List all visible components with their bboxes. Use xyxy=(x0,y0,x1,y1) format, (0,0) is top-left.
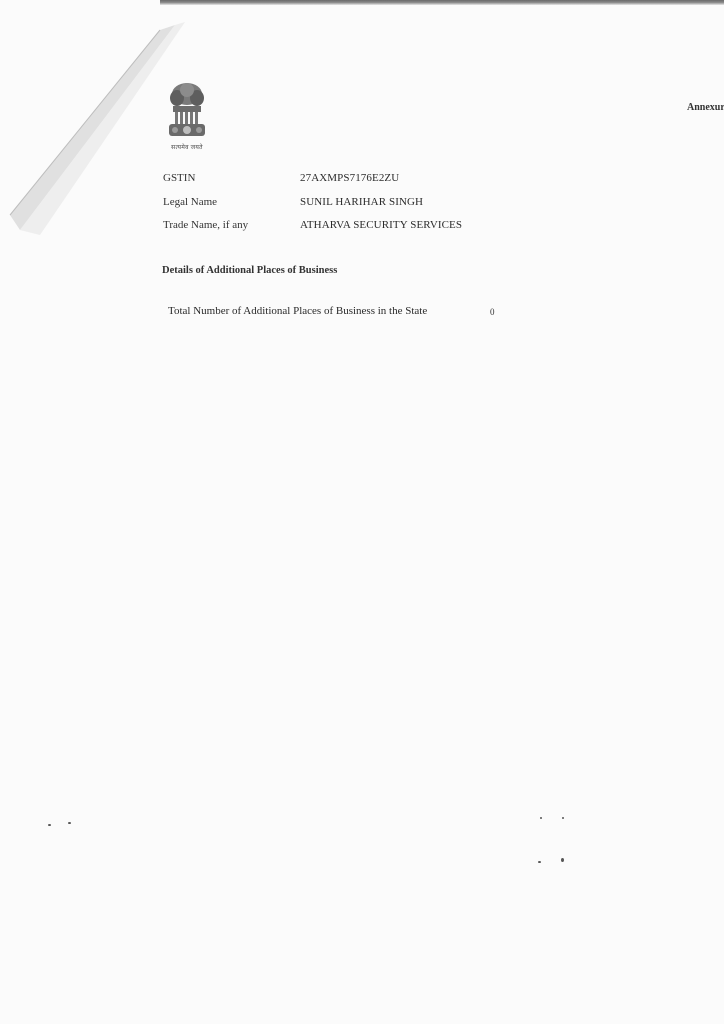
gstin-label: GSTIN xyxy=(163,172,195,184)
scan-speck xyxy=(68,822,71,824)
scan-speck xyxy=(540,817,542,819)
scan-speck xyxy=(48,824,51,826)
trade-name-label: Trade Name, if any xyxy=(163,219,248,231)
scan-speck xyxy=(561,858,564,862)
total-places-label: Total Number of Additional Places of Bus… xyxy=(168,305,427,317)
scan-speck xyxy=(562,817,564,819)
total-places-value: 0 xyxy=(490,307,495,317)
annexure-label: Annexure xyxy=(687,102,724,113)
gstin-value: 27AXMPS7176E2ZU xyxy=(300,172,399,184)
legal-name-label: Legal Name xyxy=(163,196,217,208)
legal-name-value: SUNIL HARIHAR SINGH xyxy=(300,196,423,208)
trade-name-value: ATHARVA SECURITY SERVICES xyxy=(300,219,462,231)
emblem-motto: सत्यमेव जयते xyxy=(163,143,211,151)
scan-speck xyxy=(538,861,541,863)
section-heading: Details of Additional Places of Business xyxy=(162,265,337,276)
page-top-edge xyxy=(160,0,724,5)
national-emblem-icon xyxy=(163,80,211,150)
